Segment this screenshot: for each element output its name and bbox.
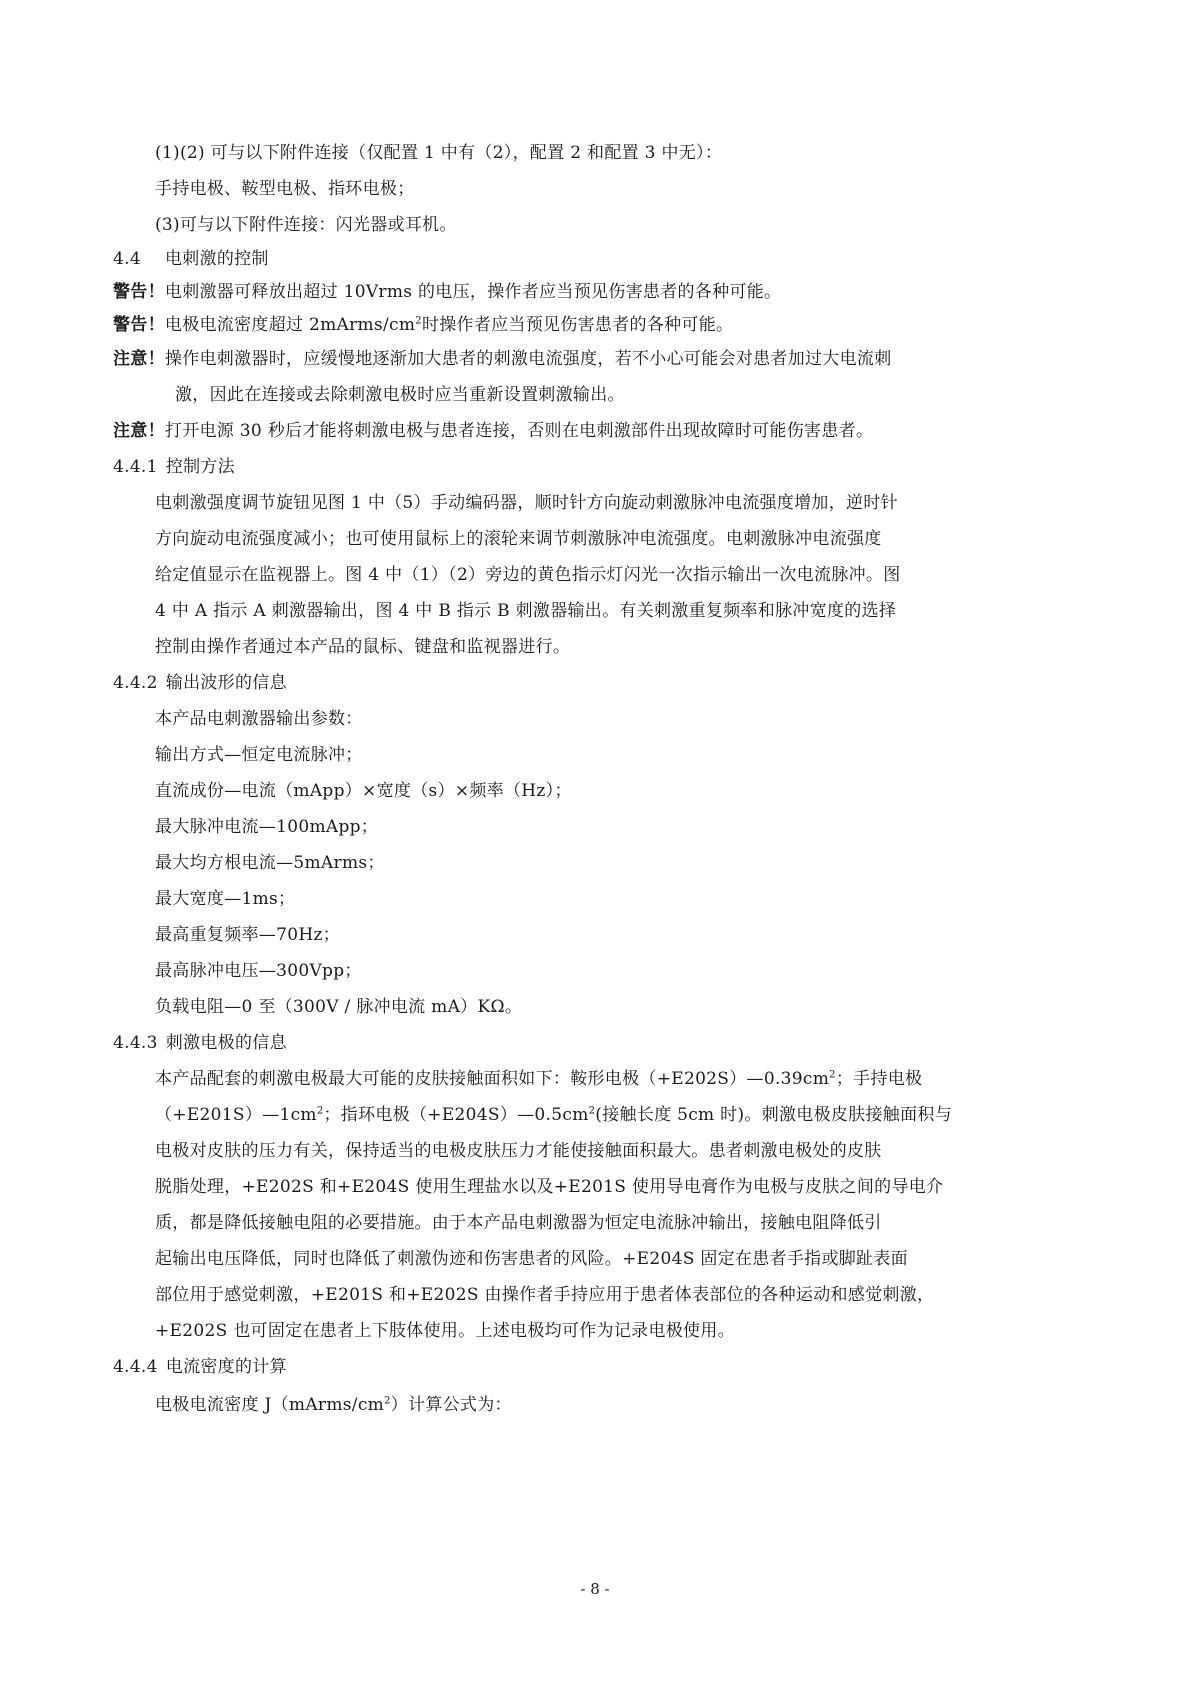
text-run: ）计算公式为： [391, 1395, 512, 1415]
paragraph-line: 本产品配套的刺激电极最大可能的皮肤接触面积如下：鞍形电极（+E202S）—0.3… [155, 1068, 922, 1090]
output-param-intro: 本产品电刺激器输出参数： [155, 708, 363, 730]
paragraph-line: 质，都是降低接触电阻的必要措施。由于本产品电刺激器为恒定电流脉冲输出，接触电阻降… [155, 1212, 882, 1234]
page-number: - 8 - [0, 1580, 1190, 1598]
warning-text: 电极电流密度超过 2mArms/cm [165, 315, 415, 335]
paragraph-line: 起输出电压降低，同时也降低了刺激伪迹和伤害患者的风险。+E204S 固定在患者手… [155, 1248, 908, 1270]
caution-text: 打开电源 30 秒后才能将刺激电极与患者连接，否则在电刺激部件出现故障时可能伤害… [165, 421, 873, 441]
text-run: 电极电流密度 J（mArms/cm [155, 1395, 384, 1415]
text-run: （+E201S）—1cm [155, 1105, 317, 1125]
section-4-4-4-heading: 4.4.4电流密度的计算 [113, 1356, 287, 1378]
paragraph-line: （+E201S）—1cm2；指环电极（+E204S）—0.5cm2(接触长度 5… [155, 1104, 952, 1126]
text-run: 本产品配套的刺激电极最大可能的皮肤接触面积如下：鞍形电极（+E202S）—0.3… [155, 1069, 829, 1089]
output-param-item: 负载电阻—0 至（300V / 脉冲电流 mA）KΩ。 [155, 996, 522, 1018]
text-run: ；指环电极（+E204S）—0.5cm [323, 1105, 588, 1125]
section-number: 4.4.4 [113, 1356, 158, 1378]
section-number: 4.4.2 [113, 672, 158, 694]
section-title: 电刺激的控制 [165, 249, 269, 269]
document-page: (1)(2) 可与以下附件连接（仅配置 1 中有（2），配置 2 和配置 3 中… [0, 0, 1190, 1682]
formula-intro: 电极电流密度 J（mArms/cm2）计算公式为： [155, 1394, 512, 1416]
warning-label: 警告！ [113, 315, 165, 335]
output-param-item: 输出方式—恒定电流脉冲； [155, 744, 363, 766]
section-title: 电流密度的计算 [166, 1357, 287, 1377]
text-run: (接触长度 5cm 时)。刺激电极皮肤接触面积与 [595, 1105, 952, 1125]
section-4-4-2-heading: 4.4.2输出波形的信息 [113, 672, 287, 694]
accessory-line-2: 手持电极、鞍型电极、指环电极； [155, 178, 415, 200]
caution-label: 注意！ [113, 349, 165, 369]
paragraph-line: 4 中 A 指示 A 刺激器输出，图 4 中 B 指示 B 刺激器输出。有关刺激… [155, 600, 896, 622]
output-param-item: 最大宽度—1ms； [155, 888, 295, 910]
warning-notice-2: 警告！电极电流密度超过 2mArms/cm2时操作者应当预见伤害患者的各种可能。 [113, 314, 733, 336]
caution-notice-1-continuation: 激，因此在连接或去除刺激电极时应当重新设置刺激输出。 [175, 384, 625, 406]
output-param-item: 最高重复频率—70Hz； [155, 924, 340, 946]
warning-label: 警告！ [113, 282, 165, 302]
output-param-item: 最大均方根电流—5mArms； [155, 852, 385, 874]
paragraph-line: 方向旋动电流强度减小；也可使用鼠标上的滚轮来调节刺激脉冲电流强度。电刺激脉冲电流… [155, 528, 882, 550]
section-title: 控制方法 [166, 457, 235, 477]
accessory-line-3: (3)可与以下附件连接：闪光器或耳机。 [155, 214, 457, 236]
paragraph-line: 控制由操作者通过本产品的鼠标、键盘和监视器进行。 [155, 636, 570, 658]
warning-text: 电刺激器可释放出超过 10Vrms 的电压，操作者应当预见伤害患者的各种可能。 [165, 282, 781, 302]
paragraph-line: 电极对皮肤的压力有关，保持适当的电极皮肤压力才能使接触面积最大。患者刺激电极处的… [155, 1140, 882, 1162]
caution-label: 注意！ [113, 421, 165, 441]
output-param-item: 最高脉冲电压—300Vpp； [155, 960, 362, 982]
warning-notice-1: 警告！电刺激器可释放出超过 10Vrms 的电压，操作者应当预见伤害患者的各种可… [113, 281, 781, 303]
superscript: 2 [384, 1395, 391, 1406]
paragraph-line: 脱脂处理，+E202S 和+E204S 使用生理盐水以及+E201S 使用导电膏… [155, 1176, 943, 1198]
section-title: 输出波形的信息 [166, 673, 287, 693]
section-4-4-3-heading: 4.4.3刺激电极的信息 [113, 1032, 287, 1054]
section-title: 刺激电极的信息 [166, 1033, 287, 1053]
paragraph-line: 给定值显示在监视器上。图 4 中（1）（2）旁边的黄色指示灯闪光一次指示输出一次… [155, 564, 901, 586]
caution-notice-2: 注意！打开电源 30 秒后才能将刺激电极与患者连接，否则在电刺激部件出现故障时可… [113, 420, 873, 442]
paragraph-line: 部位用于感觉刺激，+E201S 和+E202S 由操作者手持应用于患者体表部位的… [155, 1284, 934, 1306]
section-number: 4.4.1 [113, 456, 158, 478]
paragraph-line: 电刺激强度调节旋钮见图 1 中（5）手动编码器，顺时针方向旋动刺激脉冲电流强度增… [155, 492, 898, 514]
section-number: 4.4.3 [113, 1032, 158, 1054]
output-param-item: 最大脉冲电流—100mApp； [155, 816, 378, 838]
output-param-item: 直流成份—电流（mApp）×宽度（s）×频率（Hz）； [155, 780, 572, 802]
caution-notice-1: 注意！操作电刺激器时，应缓慢地逐渐加大患者的刺激电流强度，若不小心可能会对患者加… [113, 348, 892, 370]
section-number: 4.4 [113, 248, 141, 270]
section-4-4-heading: 4.4电刺激的控制 [113, 248, 269, 270]
caution-text: 操作电刺激器时，应缓慢地逐渐加大患者的刺激电流强度，若不小心可能会对患者加过大电… [165, 349, 892, 369]
superscript: 2 [829, 1069, 836, 1080]
text-run: ；手持电极 [836, 1069, 923, 1089]
section-4-4-1-heading: 4.4.1控制方法 [113, 456, 235, 478]
warning-text-cont: 时操作者应当预见伤害患者的各种可能。 [422, 315, 733, 335]
superscript: 2 [415, 315, 422, 326]
accessory-line-1: (1)(2) 可与以下附件连接（仅配置 1 中有（2），配置 2 和配置 3 中… [155, 142, 722, 164]
paragraph-line: +E202S 也可固定在患者上下肢体使用。上述电极均可作为记录电极使用。 [155, 1320, 735, 1342]
